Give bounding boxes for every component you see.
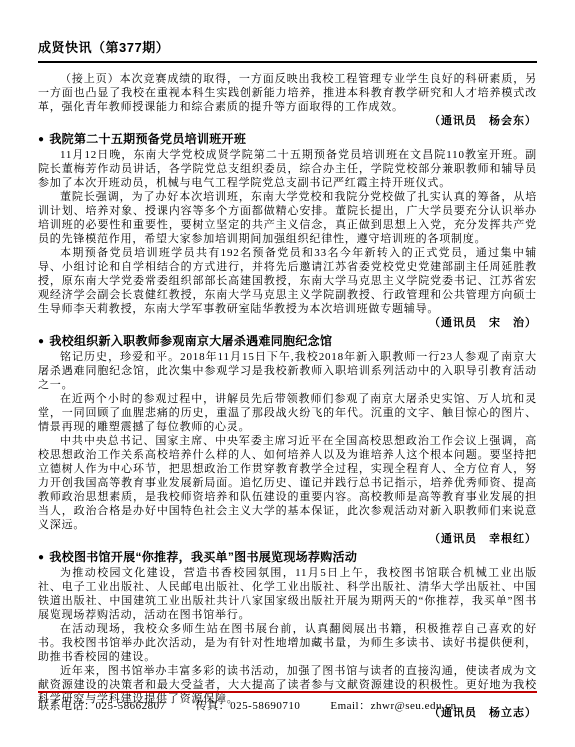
contact-email: Email：zhwr@seu.edu.cn — [330, 699, 456, 713]
footer-divider — [38, 691, 537, 693]
section-paragraph: 本期预备党员培训班学员共有192名预备党员和33名今年新转入的正式党员，通过集中… — [38, 246, 537, 316]
section-party-training: ● 我院第二十五期预备党员培训班开班 11月12日晚，东南大学党校成贤学院第二十… — [38, 132, 537, 331]
section-paragraph: 在近两个小时的参观过程中，讲解员先后带领教师们参观了南京大屠杀史实馆、万人坑和灵… — [38, 392, 537, 434]
contact-email-value: zhwr@seu.edu.cn — [371, 700, 457, 712]
contact-phone-value: 025-58662807 — [96, 700, 166, 712]
contact-phone: 联系电话：025-58662807 — [38, 699, 166, 713]
section-byline: （通讯员 宋 治） — [38, 316, 537, 331]
intro-paragraph: （接上页）本次竞赛成绩的取得，一方面反映出我校工程管理专业学生良好的科研素质，另… — [38, 72, 537, 114]
newsletter-page: 成贤快讯（第377期） （接上页）本次竞赛成绩的取得，一方面反映出我校工程管理专… — [0, 0, 575, 747]
section-memorial-visit: ● 我校组织新入职教师参观南京大屠杀遇难同胞纪念馆 铭记历史，珍爱和平。2018… — [38, 334, 537, 547]
section-heading-text: 我院第二十五期预备党员培训班开班 — [49, 132, 246, 147]
section-heading: ● 我校图书馆开展“你推荐，我买单”图书展览现场荐购活动 — [38, 550, 537, 565]
contact-fax-value: 025-58690710 — [230, 700, 300, 712]
section-paragraph: 在活动现场，我校众多师生站在图书展台前，认真翻阅展出书籍，积极推荐自己喜欢的好书… — [38, 622, 537, 664]
section-paragraph: 铭记历史，珍爱和平。2018年11月15日下午,我校2018年新入职教师一行23… — [38, 350, 537, 392]
page-title: 成贤快讯（第377期） — [38, 40, 537, 56]
contact-fax: 传真：025-58690710 — [196, 699, 301, 713]
intro-byline: （通讯员 杨会东） — [38, 114, 537, 129]
contact-email-label: Email： — [330, 700, 370, 712]
bullet-icon: ● — [38, 132, 44, 147]
section-byline: （通讯员 幸根红） — [38, 532, 537, 547]
title-divider — [38, 61, 537, 63]
contact-phone-label: 联系电话： — [38, 700, 96, 712]
bullet-icon: ● — [38, 334, 44, 349]
contact-row: 联系电话：025-58662807 传真：025-58690710 Email：… — [38, 699, 537, 713]
section-paragraph: 中共中央总书记、国家主席、中央军委主席习近平在全国高校思想政治工作会议上强调，高… — [38, 434, 537, 532]
page-footer: 联系电话：025-58662807 传真：025-58690710 Email：… — [38, 691, 537, 713]
section-heading: ● 我校组织新入职教师参观南京大屠杀遇难同胞纪念馆 — [38, 334, 537, 349]
section-paragraph: 为推动校园文化建设，营造书香校园氛围，11月5日上午，我校图书馆联合机械工业出版… — [38, 566, 537, 622]
bullet-icon: ● — [38, 550, 44, 565]
section-heading: ● 我院第二十五期预备党员培训班开班 — [38, 132, 537, 147]
section-heading-text: 我校图书馆开展“你推荐，我买单”图书展览现场荐购活动 — [49, 550, 357, 565]
section-heading-text: 我校组织新入职教师参观南京大屠杀遇难同胞纪念馆 — [49, 334, 332, 349]
section-paragraph: 董院长强调，为了办好本次培训班，东南大学党校和我院分党校做了扎实认真的筹备，从培… — [38, 190, 537, 246]
contact-fax-label: 传真： — [196, 700, 231, 712]
section-paragraph: 11月12日晚，东南大学党校成贤学院第二十五期预备党员培训班在文昌院110教室开… — [38, 148, 537, 190]
